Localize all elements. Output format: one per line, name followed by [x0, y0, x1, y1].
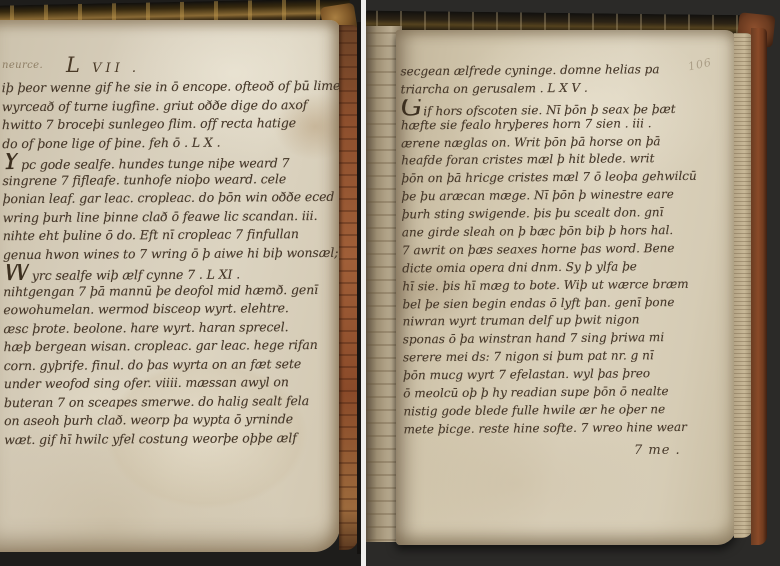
right-page-text-block: secgean ælfrede cyninge. domne helias pa… [400, 61, 725, 439]
manuscript-line: Wyrc sealfe wiþ ælf cynne 7 . L XI . [3, 262, 341, 283]
manuscript-line: æsc þrote. beolone. hare wyrt. haran spr… [3, 317, 341, 338]
manuscript-line: genua hwon wines to 7 wring ō þ aiwe hi … [3, 243, 341, 264]
page-tail-word: 7 me . [634, 443, 681, 458]
manuscript-line: hī sie. þis hī mæg to bote. Wiþ ut wærce… [402, 275, 724, 296]
manuscript-line: Ypc gode sealfe. hundes tunge niþe weard… [2, 151, 340, 172]
manuscript-line: corn. gyþrife. finul. do þas wyrta on an… [4, 354, 342, 375]
manuscript-line: nihtgengan 7 þā mannū þe deofol mid hæmð… [3, 280, 341, 301]
manuscript-line: do of þone lige of þine. feh ō . L X . [2, 132, 340, 153]
manuscript-line: on aseoh þurh clað. weorp þa wypta ō yrn… [4, 410, 342, 431]
left-page-text-block: iþ þeor wenne gif he sie in ō encope. of… [2, 77, 343, 449]
marginal-note: neurce. [2, 60, 43, 71]
manuscript-line: singrene 7 fifleafe. tunhofe nioþo weard… [2, 169, 340, 190]
manuscript-line: under weofod sing ofer. viiii. mæssan aw… [4, 373, 342, 394]
chapter-heading-lvii: L VII . [66, 53, 140, 77]
manuscript-line: hwitto 7 broceþi sunlegeo flim. off rect… [2, 114, 340, 135]
manuscript-line: hæþ bergean wisan. cropleac. gar leac. h… [4, 336, 342, 357]
manuscript-line: wring þurh line þinne clað ō feawe lic s… [3, 206, 341, 227]
manuscript-line: nihte eht þuline ō do. Eft nī cropleac 7… [3, 225, 341, 246]
manuscript-line: eowohumelan. wermod bisceop wyrt. elehtr… [3, 299, 341, 320]
manuscript-line: buteran 7 on sceapes smerwe. do halig se… [4, 391, 342, 412]
manuscript-line: þonian leaf. gar leac. cropleac. do þōn … [2, 188, 340, 209]
right-page-photo: 106 secgean ælfrede cyninge. domne helia… [366, 0, 780, 566]
manuscript-line: þōn on þā hricge cristes mæl 7 ō leoþa g… [401, 168, 723, 189]
book-fore-edge-left [339, 25, 358, 550]
manuscript-line: wæt. gif hī hwilc yfel costung weorþe oþ… [4, 428, 342, 449]
manuscript-line: wyrceað of turne iugfine. griut oððe dig… [2, 95, 340, 116]
left-page-photo: neurce. L VII . iþ þeor wenne gif he sie… [0, 0, 361, 566]
manuscript-line: Gif hors ofscoten sie. Nī þōn þ seax þe … [401, 96, 723, 117]
manuscript-line: iþ þeor wenne gif he sie in ō encope. of… [2, 77, 340, 98]
manuscript-line: mete þicge. reste hine softe. 7 wreo hin… [403, 418, 725, 439]
book-binding-edge-right [751, 28, 767, 545]
manuscript-photo-diptych: neurce. L VII . iþ þeor wenne gif he sie… [0, 0, 780, 566]
